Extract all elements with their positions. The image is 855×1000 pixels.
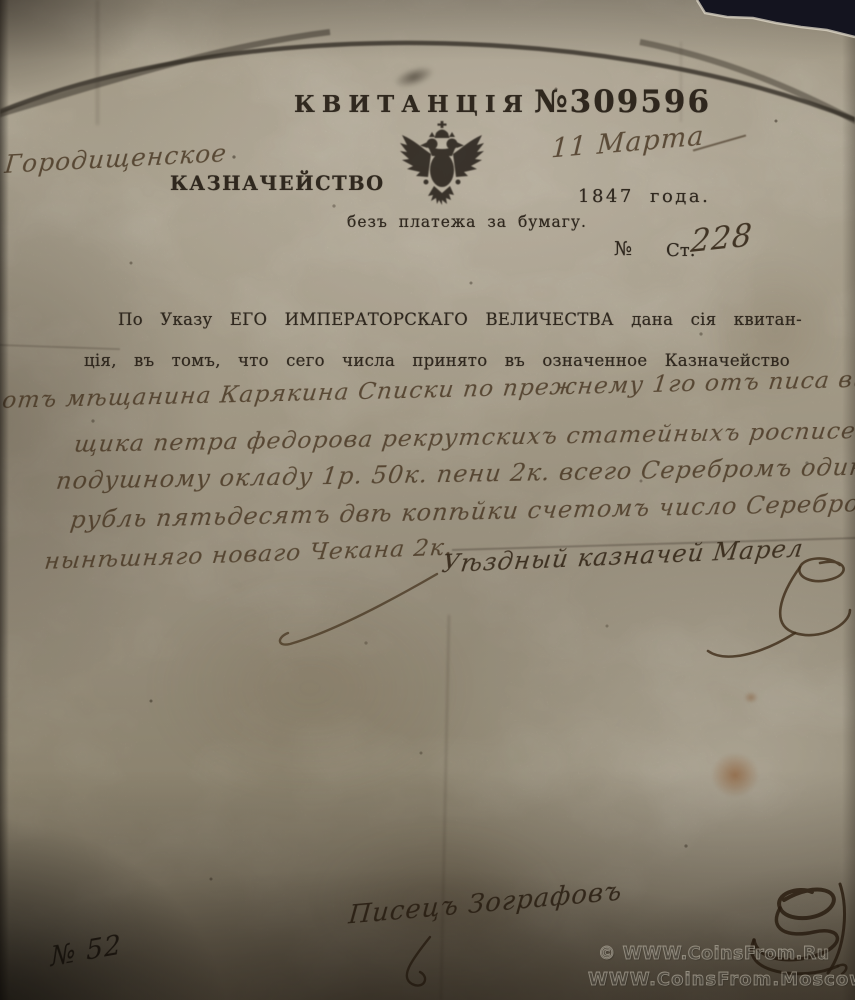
- receipt-paper: КВИТАНЦІЯ№309596 Городищенское КАЗНАЧЕЙС…: [0, 0, 855, 1000]
- paper-grain-texture: [0, 0, 855, 1000]
- photo-of-receipt: КВИТАНЦІЯ№309596 Городищенское КАЗНАЧЕЙС…: [0, 0, 855, 1000]
